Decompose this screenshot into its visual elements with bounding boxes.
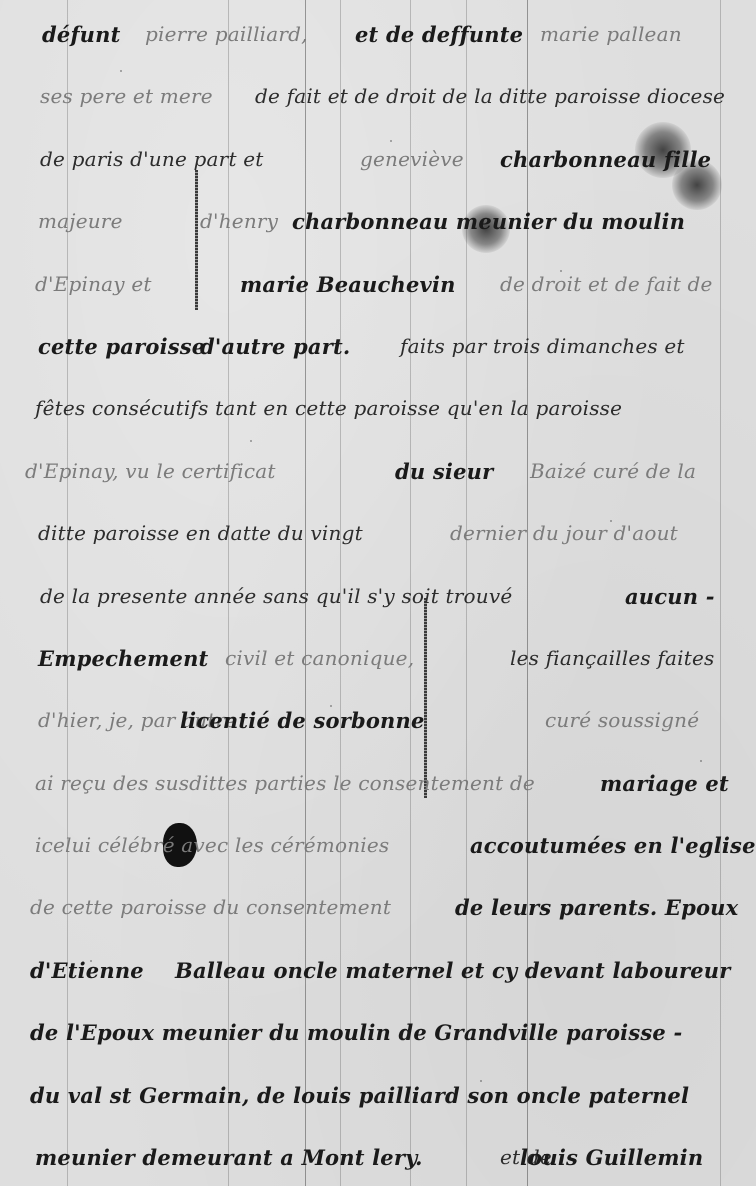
- handwritten-phrase: aucun -: [625, 584, 715, 609]
- handwritten-phrase: d'Epinay et: [35, 272, 152, 296]
- text-line: du val st Germain, de louis pailliard so…: [0, 1083, 756, 1123]
- text-line: de paris d'une part etgenevièvecharbonne…: [0, 147, 756, 187]
- text-line: d'Epinay, vu le certificatdu sieurBaizé …: [0, 459, 756, 499]
- handwritten-phrase: pierre pailliard,: [145, 22, 308, 46]
- handwritten-phrase: du sieur: [395, 459, 493, 484]
- text-line: meunier demeurant a Mont lery.et delouis…: [0, 1145, 756, 1185]
- handwritten-phrase: icelui célébré avec les cérémonies: [35, 833, 389, 857]
- binding-stitch: [424, 598, 427, 798]
- handwritten-phrase: mariage et: [600, 771, 729, 796]
- handwritten-phrase: les fiançailles faites: [510, 646, 715, 670]
- handwritten-phrase: d'autre part.: [200, 334, 350, 359]
- handwritten-phrase: civil et canonique,: [225, 646, 414, 670]
- text-line: cette paroissed'autre part.faits par tro…: [0, 334, 756, 374]
- text-line: majeured'henrycharbonneau meunier du mou…: [0, 209, 756, 249]
- handwritten-phrase: marie pallean: [540, 22, 682, 46]
- text-line: de la presente année sans qu'il s'y soit…: [0, 584, 756, 624]
- text-line: de l'Epoux meunier du moulin de Grandvil…: [0, 1020, 756, 1060]
- handwritten-phrase: de paris d'une part et: [40, 147, 264, 171]
- text-line: ai reçu des susdittes parties le consent…: [0, 771, 756, 811]
- handwritten-phrase: Balleau oncle maternel et cy devant labo…: [175, 958, 731, 983]
- text-line: ditte paroisse en datte du vingtdernier …: [0, 521, 756, 561]
- handwritten-phrase: curé soussigné: [545, 708, 699, 732]
- handwritten-phrase: Empechement: [38, 646, 208, 671]
- handwritten-phrase: majeure: [38, 209, 123, 233]
- handwritten-phrase: de l'Epoux meunier du moulin de Grandvil…: [30, 1020, 682, 1045]
- handwritten-phrase: de droit et de fait de: [500, 272, 713, 296]
- text-line: icelui célébré avec les cérémoniesaccout…: [0, 833, 756, 873]
- text-line: d'Epinay etmarie Beauchevinde droit et d…: [0, 272, 756, 312]
- handwritten-phrase: Baizé curé de la: [530, 459, 696, 483]
- handwritten-phrase: meunier demeurant a Mont lery.: [35, 1145, 423, 1170]
- handwritten-phrase: de cette paroisse du consentement: [30, 895, 391, 919]
- text-line: d'hier, je, par autrelicentié de sorbonn…: [0, 708, 756, 748]
- handwritten-phrase: charbonneau meunier du moulin: [292, 209, 685, 234]
- handwritten-phrase: charbonneau fille: [500, 147, 711, 172]
- handwritten-phrase: geneviève: [360, 147, 464, 171]
- text-line: ses pere et merede fait et de droit de l…: [0, 84, 756, 124]
- handwritten-phrase: d'henry: [200, 209, 278, 233]
- text-line: défuntpierre pailliard,et de deffuntemar…: [0, 22, 756, 62]
- handwritten-phrase: et de deffunte: [355, 22, 523, 47]
- handwritten-phrase: de fait et de droit de la ditte paroisse…: [255, 84, 725, 108]
- handwritten-phrase: ditte paroisse en datte du vingt: [38, 521, 363, 545]
- text-line: de cette paroisse du consentementde leur…: [0, 895, 756, 935]
- handwritten-phrase: cette paroisse: [38, 334, 205, 359]
- handwritten-phrase: de leurs parents. Epoux: [455, 895, 738, 920]
- handwritten-phrase: faits par trois dimanches et: [400, 334, 685, 358]
- text-line: fêtes consécutifs tant en cette paroisse…: [0, 396, 756, 436]
- handwritten-phrase: de la presente année sans qu'il s'y soit…: [40, 584, 512, 608]
- handwritten-phrase: d'Etienne: [30, 958, 144, 983]
- text-line: Empechementcivil et canonique,les fiança…: [0, 646, 756, 686]
- handwritten-phrase: louis Guillemin: [520, 1145, 703, 1170]
- handwritten-phrase: d'Epinay, vu le certificat: [25, 459, 276, 483]
- handwritten-phrase: du val st Germain, de louis pailliard so…: [30, 1083, 689, 1108]
- handwritten-phrase: fêtes consécutifs tant en cette paroisse…: [35, 396, 622, 420]
- text-line: d'EtienneBalleau oncle maternel et cy de…: [0, 958, 756, 998]
- register-page: défuntpierre pailliard,et de deffuntemar…: [0, 0, 756, 1186]
- handwritten-phrase: ses pere et mere: [40, 84, 213, 108]
- handwritten-phrase: licentié de sorbonne: [180, 708, 425, 733]
- handwritten-phrase: dernier du jour d'aout: [450, 521, 678, 545]
- handwritten-phrase: défunt: [42, 22, 121, 47]
- handwritten-phrase: accoutumées en l'eglise: [470, 833, 756, 858]
- handwritten-phrase: marie Beauchevin: [240, 272, 456, 297]
- handwritten-phrase: ai reçu des susdittes parties le consent…: [35, 771, 535, 795]
